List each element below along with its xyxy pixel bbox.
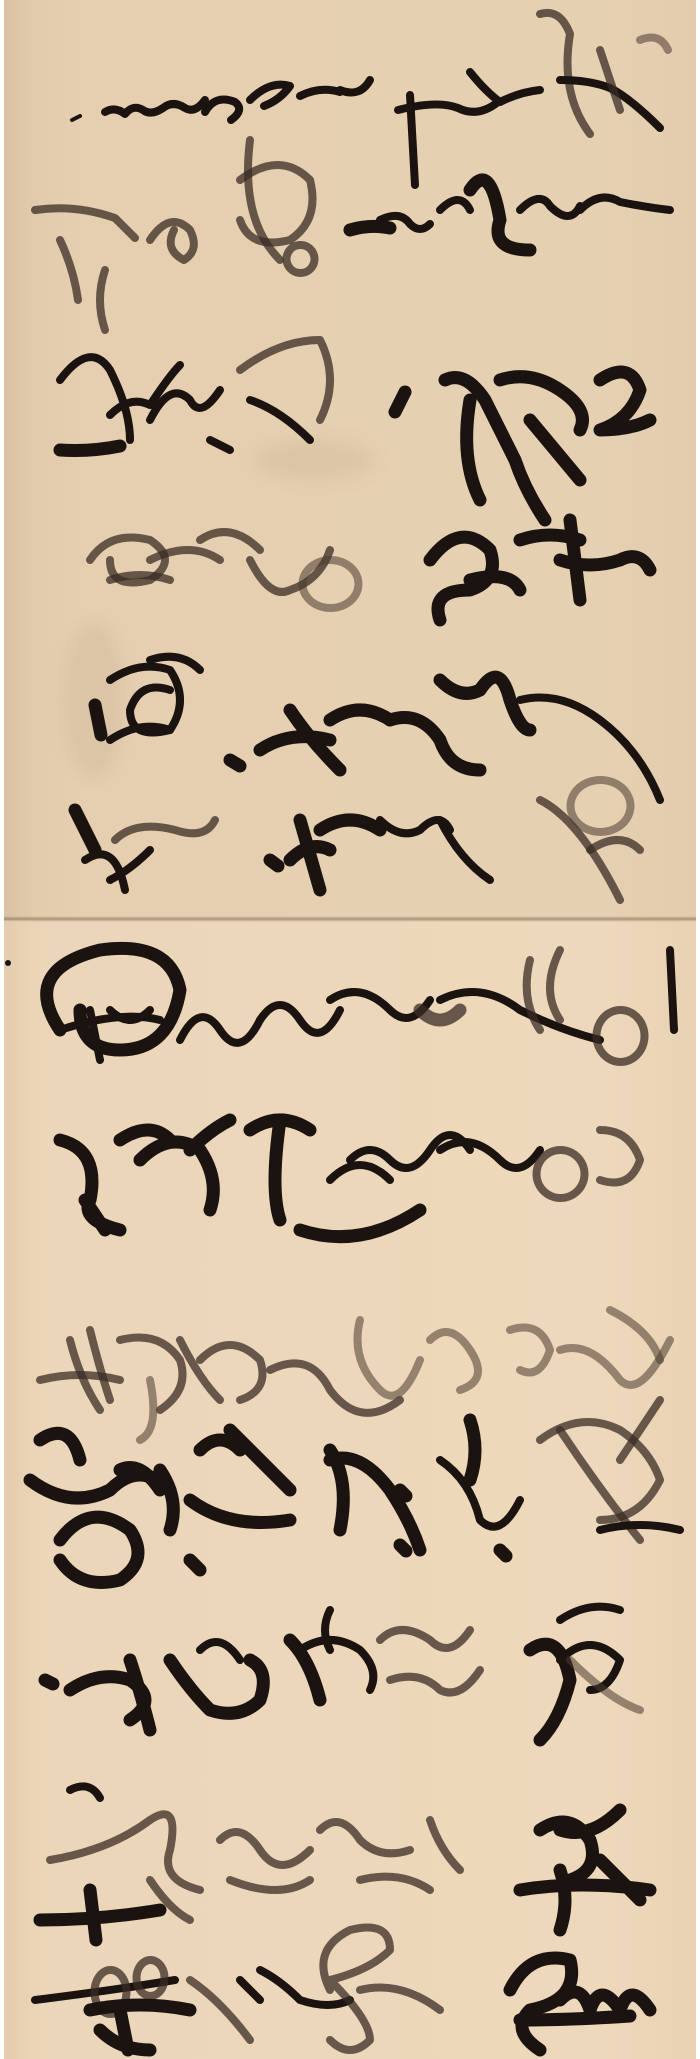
- line-12: [40, 1786, 650, 1940]
- line-2: [35, 140, 670, 330]
- line-5: [95, 657, 660, 800]
- line-7: [5, 948, 674, 1062]
- line-6: [75, 780, 640, 900]
- circled-character-icon: [47, 948, 180, 1050]
- line-11: [45, 1607, 640, 1740]
- line-3: [60, 340, 650, 520]
- line-4: [90, 520, 650, 620]
- calligraphy-strokes: [0, 0, 700, 2059]
- line-8: [60, 1120, 640, 1237]
- line-10: [30, 1400, 680, 1583]
- line-13: [35, 1928, 650, 2051]
- line-1: [72, 13, 668, 185]
